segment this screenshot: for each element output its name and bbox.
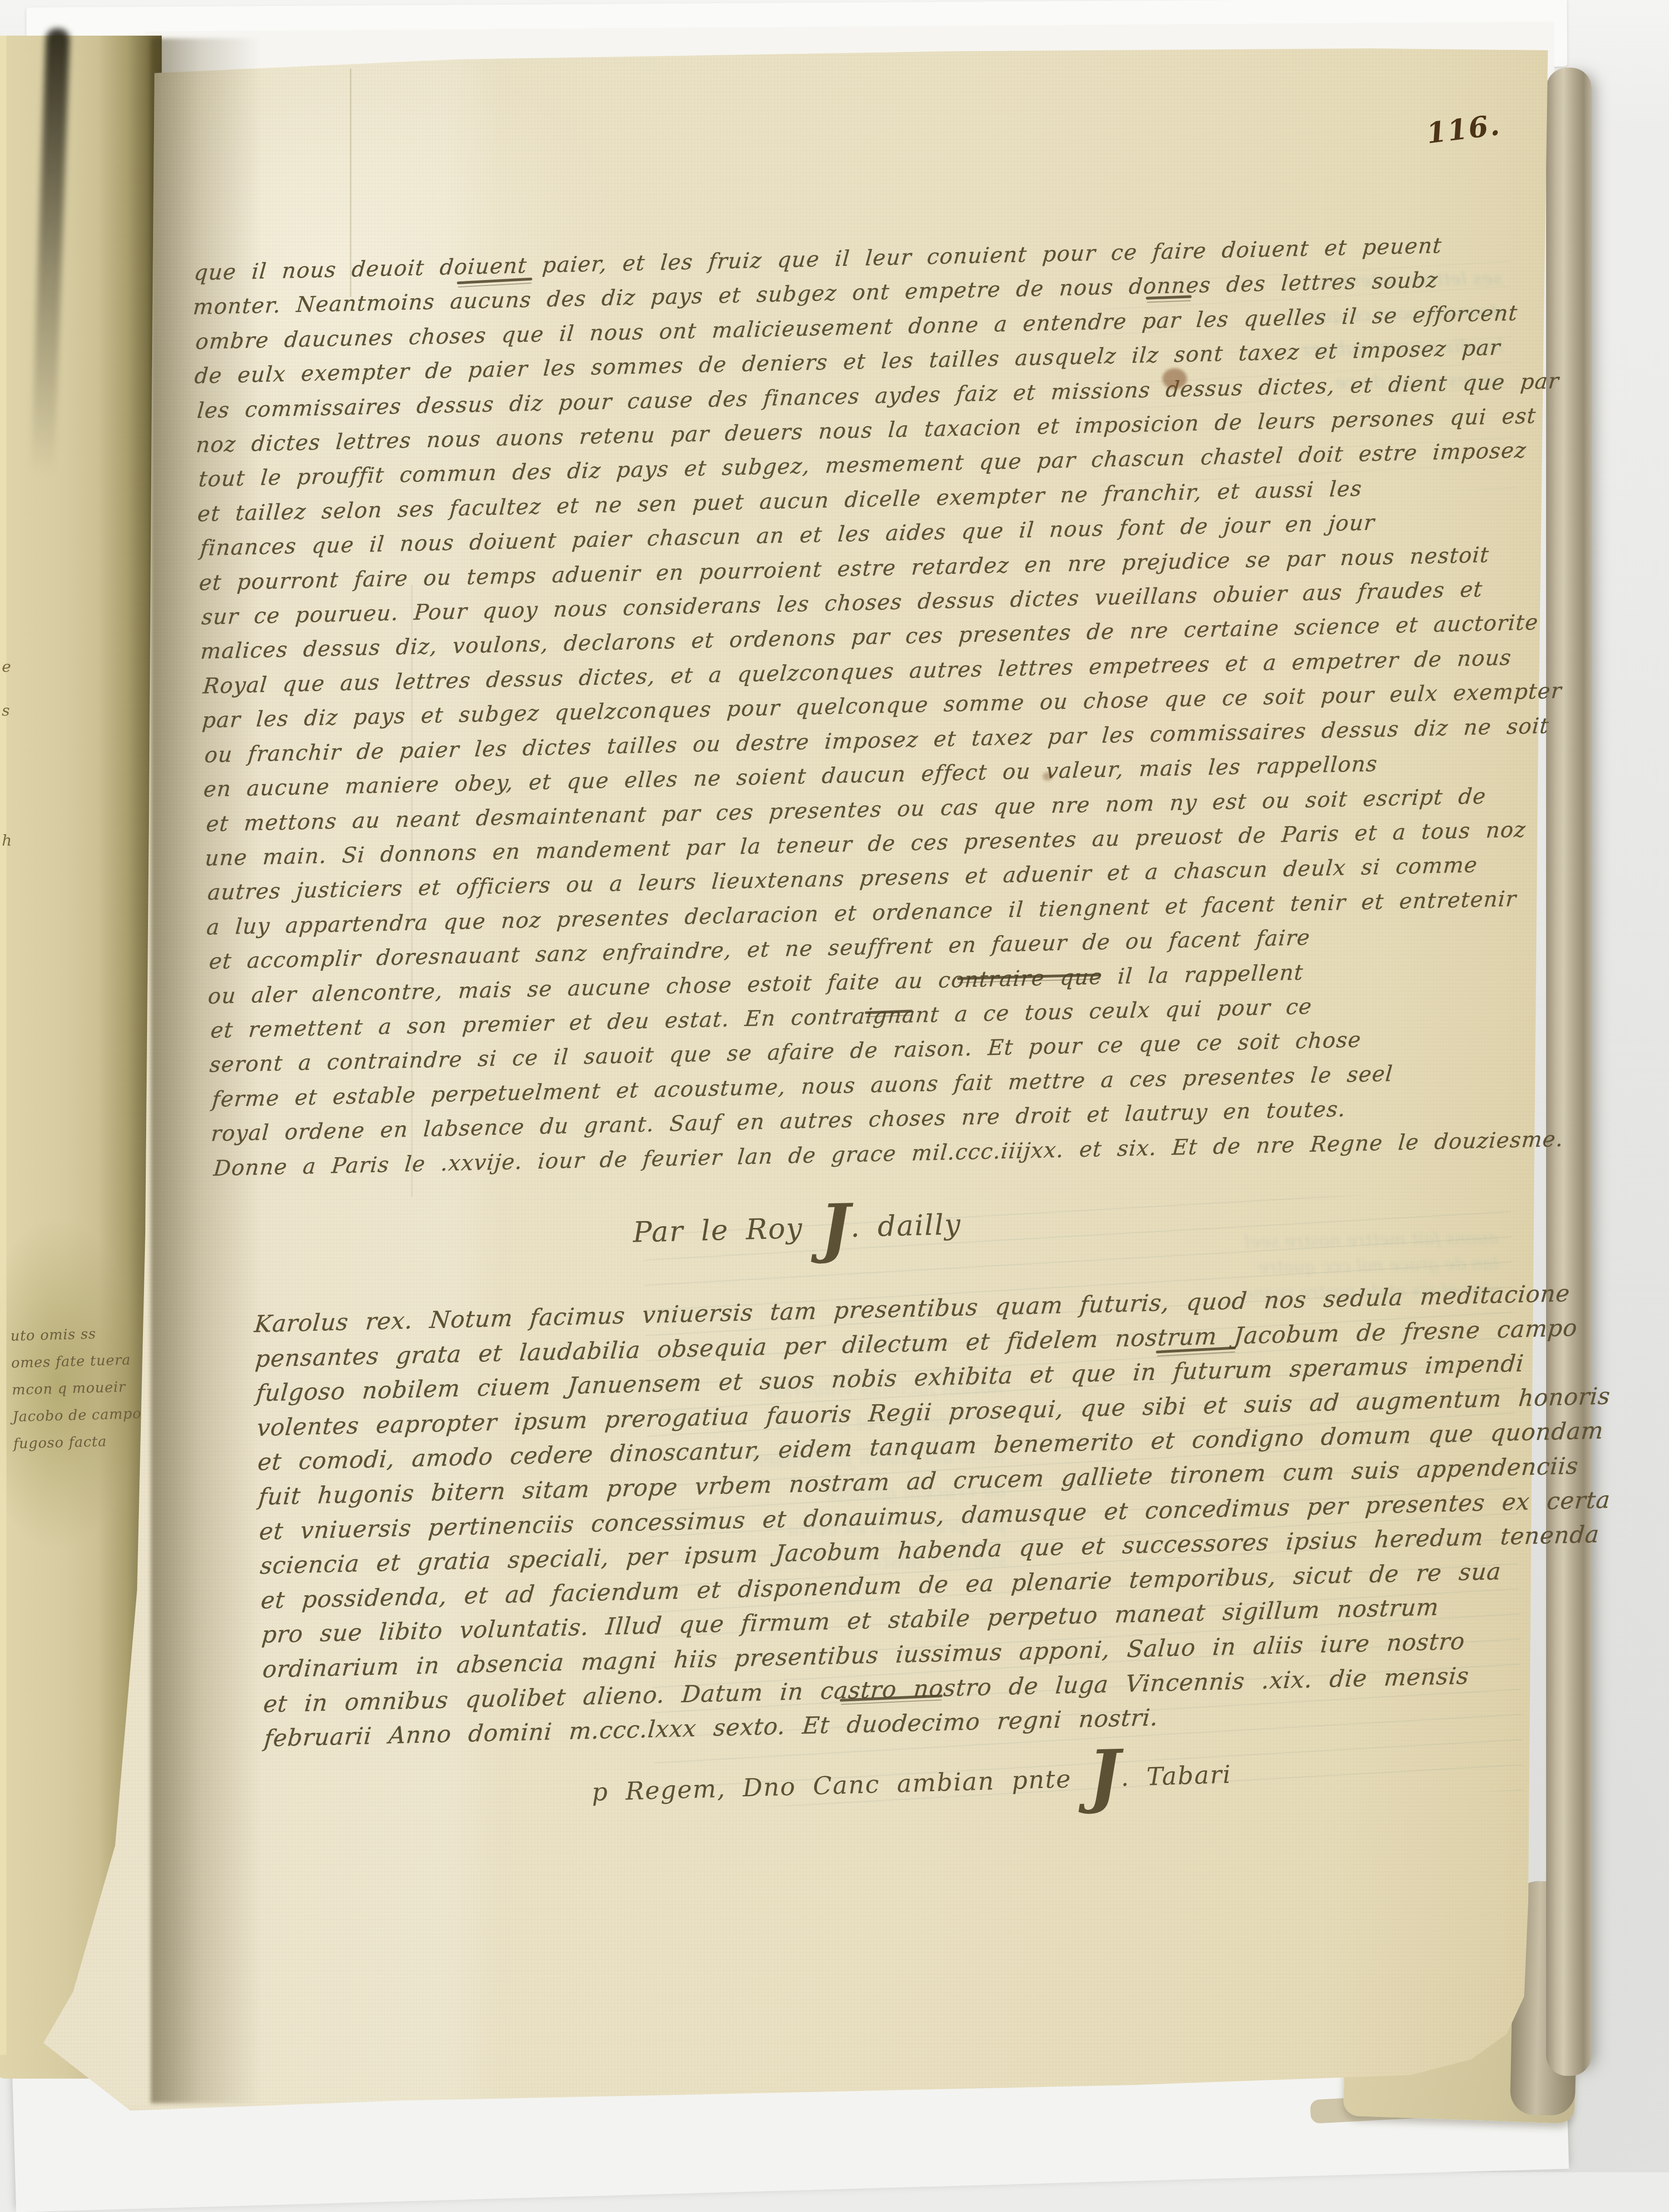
heading-text: Par le Roy xyxy=(632,1212,803,1249)
latin-text-block: Karolus rex. Notum facimus vniuersis tam… xyxy=(254,1277,1539,1756)
french-text-block: que il nous deuoit doiuent paier, et les… xyxy=(192,228,1519,1186)
marginal-note-line: uto omis ss xyxy=(10,1319,140,1349)
previous-page-edge-highlight xyxy=(0,36,6,2055)
edge-fragment: h xyxy=(2,831,12,850)
signature-initial: J xyxy=(1087,1735,1122,1816)
marginal-note: uto omis ssomes fate tueramcon q moueirJ… xyxy=(10,1319,143,1457)
marginal-note-line: fugoso facta xyxy=(13,1427,143,1457)
marginal-note-line: mcon q moueir xyxy=(11,1373,141,1403)
edge-fragment: s xyxy=(2,702,10,720)
signature-initial: J xyxy=(819,1190,851,1266)
marginal-note-line: omes fate tuera xyxy=(11,1346,141,1376)
heading-signature: . dailly xyxy=(850,1207,962,1244)
subscription-signature: . Tabari xyxy=(1120,1760,1232,1792)
manuscript-scan: ses lettres patentesdonnees pour ce quel… xyxy=(0,0,1669,2172)
marginal-note-line: Jacobo de campo xyxy=(12,1400,142,1430)
edge-fragment: e xyxy=(2,658,11,676)
